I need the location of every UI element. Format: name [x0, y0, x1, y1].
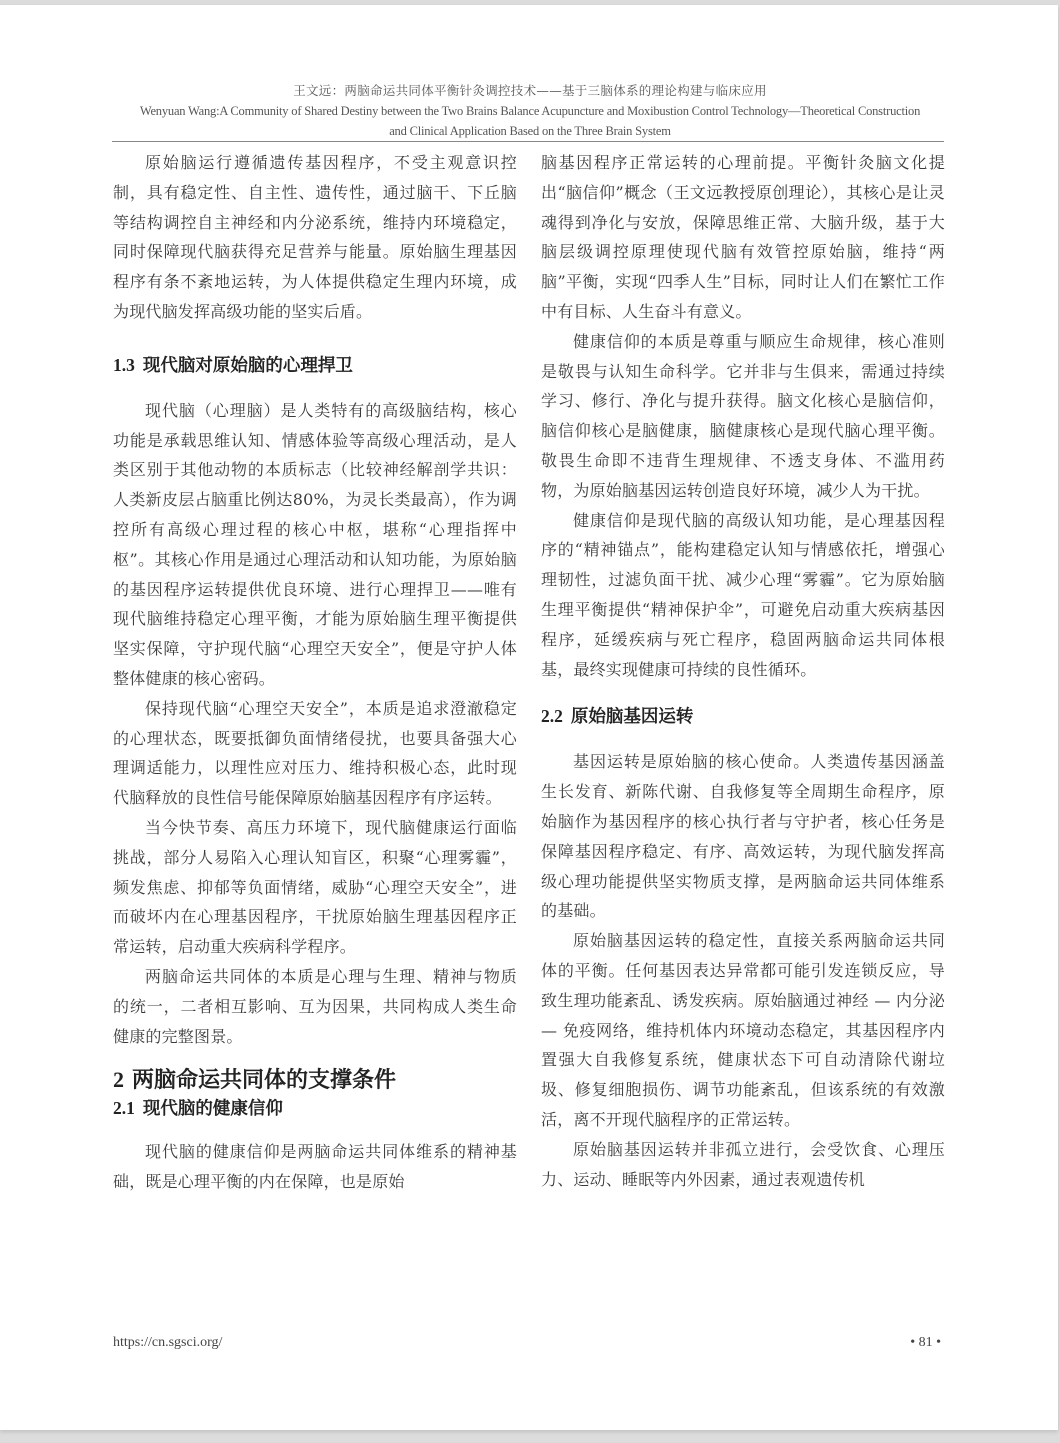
running-header: 王文远：两脑命运共同体平衡针灸调控技术——基于三脑体系的理论构建与临床应用 We…	[100, 81, 960, 141]
paragraph-health-belief-essence: 健康信仰的本质是尊重与顺应生命规律，核心准则是敬畏与认知生命科学。它并非与生俱来…	[541, 327, 945, 506]
paragraph-primitive-brain-operation: 原始脑运行遵循遗传基因程序，不受主观意识控制，具有稳定性、自主性、遗传性，通过脑…	[113, 148, 517, 327]
paragraph-gene-stability: 原始脑基因运转的稳定性，直接关系两脑命运共同体的平衡。任何基因表达异常都可能引发…	[541, 926, 945, 1135]
right-column: 脑基因程序正常运转的心理前提。平衡针灸脑文化提出“脑信仰”概念（王文远教授原创理…	[541, 148, 945, 1194]
running-header-english-title-line2: and Clinical Application Based on the Th…	[100, 121, 960, 141]
heading-2-2-number: 2.2	[541, 706, 563, 726]
heading-2-2-title: 原始脑基因运转	[571, 707, 694, 727]
running-header-chinese-title: 王文远：两脑命运共同体平衡针灸调控技术——基于三脑体系的理论构建与临床应用	[100, 81, 960, 101]
left-column: 原始脑运行遵循遗传基因程序，不受主观意识控制，具有稳定性、自主性、遗传性，通过脑…	[113, 148, 517, 1197]
heading-section-2: 2两脑命运共同体的支撑条件	[113, 1065, 517, 1096]
paragraph-modern-brain-defense: 现代脑（心理脑）是人类特有的高级脑结构，核心功能是承载思维认知、情感体验等高级心…	[113, 396, 517, 694]
heading-section-2-title: 两脑命运共同体的支撑条件	[132, 1068, 396, 1093]
heading-1-3: 1.3现代脑对原始脑的心理捍卫	[113, 353, 517, 378]
heading-section-2-number: 2	[113, 1067, 124, 1092]
paragraph-spiritual-anchor: 健康信仰是现代脑的高级认知功能，是心理基因程序的“精神锚点”，能构建稳定认知与情…	[541, 506, 945, 685]
heading-1-3-title: 现代脑对原始脑的心理捍卫	[143, 356, 353, 376]
paragraph-gene-operation-mission: 基因运转是原始脑的核心使命。人类遗传基因涵盖生长发育、新陈代谢、自我修复等全周期…	[541, 747, 945, 926]
heading-2-2: 2.2原始脑基因运转	[541, 704, 945, 729]
heading-1-3-number: 1.3	[113, 355, 135, 375]
paragraph-epigenetic-factors: 原始脑基因运转并非孤立进行，会受饮食、心理压力、运动、睡眠等内外因素，通过表观遗…	[541, 1135, 945, 1195]
paragraph-brain-belief-continued: 脑基因程序正常运转的心理前提。平衡针灸脑文化提出“脑信仰”概念（王文远教授原创理…	[541, 148, 945, 327]
heading-2-1: 2.1现代脑的健康信仰	[113, 1096, 517, 1121]
paragraph-community-essence: 两脑命运共同体的本质是心理与生理、精神与物质的统一，二者相互影响、互为因果，共同…	[113, 962, 517, 1051]
paragraph-health-belief-intro: 现代脑的健康信仰是两脑命运共同体维系的精神基础，既是心理平衡的内在保障，也是原始	[113, 1137, 517, 1197]
paragraph-modern-challenges: 当今快节奏、高压力环境下，现代脑健康运行面临挑战，部分人易陷入心理认知盲区，积聚…	[113, 813, 517, 962]
paragraph-psychological-security: 保持现代脑“心理空天安全”，本质是追求澄澈稳定的心理状态，既要抵御负面情绪侵扰，…	[113, 694, 517, 813]
header-divider	[112, 141, 944, 142]
journal-page: 王文远：两脑命运共同体平衡针灸调控技术——基于三脑体系的理论构建与临床应用 We…	[0, 5, 1058, 1430]
running-header-english-title-line1: Wenyuan Wang:A Community of Shared Desti…	[100, 101, 960, 121]
heading-2-1-title: 现代脑的健康信仰	[143, 1099, 283, 1119]
page-number: • 81 •	[910, 1335, 941, 1351]
footer-url: https://cn.sgsci.org/	[113, 1335, 222, 1351]
heading-2-1-number: 2.1	[113, 1098, 135, 1118]
